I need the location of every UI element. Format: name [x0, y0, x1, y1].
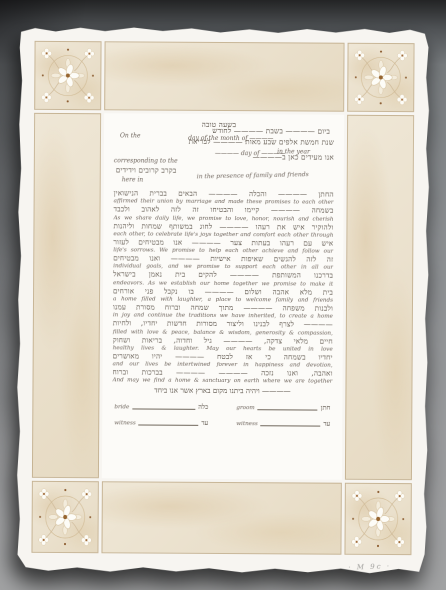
border-corner-top-right: [347, 43, 414, 112]
groom-signature-row: groom חתן: [236, 403, 330, 412]
header-presence: in the presence of family and friends: [197, 171, 309, 180]
witness-label: witness: [114, 420, 136, 426]
border-corner-bottom-right: [344, 483, 411, 555]
bride-signature-line: [132, 408, 195, 409]
witness-signature-row-left: witness עד: [114, 418, 208, 427]
groom-signature-line: [258, 409, 318, 410]
border-panel-bottom: [101, 481, 341, 554]
witness-signature-line: [139, 424, 199, 425]
pencil-inscription: · M 9c ·: [349, 562, 392, 571]
header-on-the: On the: [120, 132, 141, 139]
witness-hebrew-label: עד: [201, 418, 208, 426]
border-corner-bottom-left: [31, 481, 98, 553]
header-here-in: here in: [122, 176, 144, 183]
photo-background: בשעה טובה On the day of the month of ———…: [0, 0, 446, 590]
header-corresponding: corresponding to the: [114, 157, 178, 164]
bride-hebrew-label: כלה: [198, 402, 208, 410]
witness-signature-row-right: witness עד: [236, 419, 330, 428]
header-hebrew-year: שנת חמשת אלפים שבע מאות ———— לבריאת: [189, 137, 334, 147]
border-panel-left: [32, 113, 101, 478]
ketubah-body-text: החתן ———— והכלה ———— הבאים בברית הנישואי…: [110, 183, 335, 386]
witness-signature-line: [261, 425, 321, 426]
decorative-border-frame: בשעה טובה On the day of the month of ———…: [31, 41, 414, 555]
witness-hebrew-label: עד: [323, 419, 330, 427]
groom-label: groom: [236, 405, 254, 411]
border-panel-top: [104, 41, 344, 111]
header-hebrew-date: ביום ———— בשבת ———— לחודש: [212, 126, 330, 136]
ketubah-header: בשעה טובה On the day of the month of ———…: [112, 119, 336, 184]
signature-block: bride כלה groom חתן witness עד: [110, 395, 334, 427]
witness-label: witness: [236, 421, 258, 427]
artwork-paper: בשעה טובה On the day of the month of ———…: [15, 26, 430, 577]
text-line: And may we find a home & sanctuary on ea…: [112, 377, 332, 386]
header-hebrew-witness: אנו מעידים כאן ב————: [253, 152, 334, 161]
ketubah-print: בשעה טובה On the day of the month of ———…: [15, 26, 430, 577]
border-corner-top-left: [34, 41, 101, 110]
border-panel-right: [345, 115, 414, 480]
header-hebrew-friends: בקרב קרובים וידידים: [116, 165, 177, 174]
bride-signature-row: bride כלה: [114, 402, 208, 411]
ketubah-text-panel: בשעה טובה On the day of the month of ———…: [102, 113, 344, 479]
groom-hebrew-label: חתן: [321, 403, 331, 411]
bride-label: bride: [114, 404, 129, 410]
